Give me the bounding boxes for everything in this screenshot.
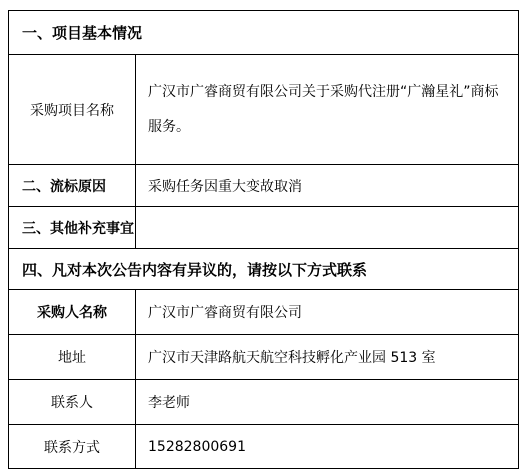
contact-person-label: 联系人 [9, 380, 136, 424]
contact-person-row: 联系人 李老师 [9, 379, 518, 424]
section-4-heading-row: 四、凡对本次公告内容有异议的，请按以下方式联系 [9, 248, 518, 289]
contact-person-value: 李老师 [136, 380, 518, 424]
purchaser-name-label: 采购人名称 [9, 290, 136, 334]
bid-failure-reason-value: 采购任务因重大变故取消 [136, 165, 518, 206]
section-1-heading: 一、项目基本情况 [22, 22, 142, 43]
contact-number-row: 联系方式 15282800691 [9, 424, 518, 468]
bid-failure-reason-row: 二、流标原因 采购任务因重大变故取消 [9, 164, 518, 206]
other-matters-value [136, 207, 518, 248]
address-value: 广汉市天津路航天航空科技孵化产业园 513 室 [136, 335, 518, 379]
project-name-row: 采购项目名称 广汉市广睿商贸有限公司关于采购代注册“广瀚星礼”商标服务。 [9, 54, 518, 164]
address-label: 地址 [9, 335, 136, 379]
address-row: 地址 广汉市天津路航天航空科技孵化产业园 513 室 [9, 334, 518, 379]
bid-failure-reason-label: 二、流标原因 [9, 165, 136, 206]
contact-number-value: 15282800691 [136, 425, 518, 468]
other-matters-label: 三、其他补充事宜 [9, 207, 136, 248]
purchaser-name-row: 采购人名称 广汉市广睿商贸有限公司 [9, 289, 518, 334]
purchaser-name-value: 广汉市广睿商贸有限公司 [136, 290, 518, 334]
section-4-heading: 四、凡对本次公告内容有异议的，请按以下方式联系 [22, 259, 367, 280]
announcement-table: 一、项目基本情况 采购项目名称 广汉市广睿商贸有限公司关于采购代注册“广瀚星礼”… [8, 10, 519, 469]
project-name-label: 采购项目名称 [9, 55, 136, 164]
project-name-value: 广汉市广睿商贸有限公司关于采购代注册“广瀚星礼”商标服务。 [136, 55, 518, 164]
other-matters-row: 三、其他补充事宜 [9, 206, 518, 248]
section-1-heading-row: 一、项目基本情况 [9, 11, 518, 54]
contact-number-label: 联系方式 [9, 425, 136, 468]
